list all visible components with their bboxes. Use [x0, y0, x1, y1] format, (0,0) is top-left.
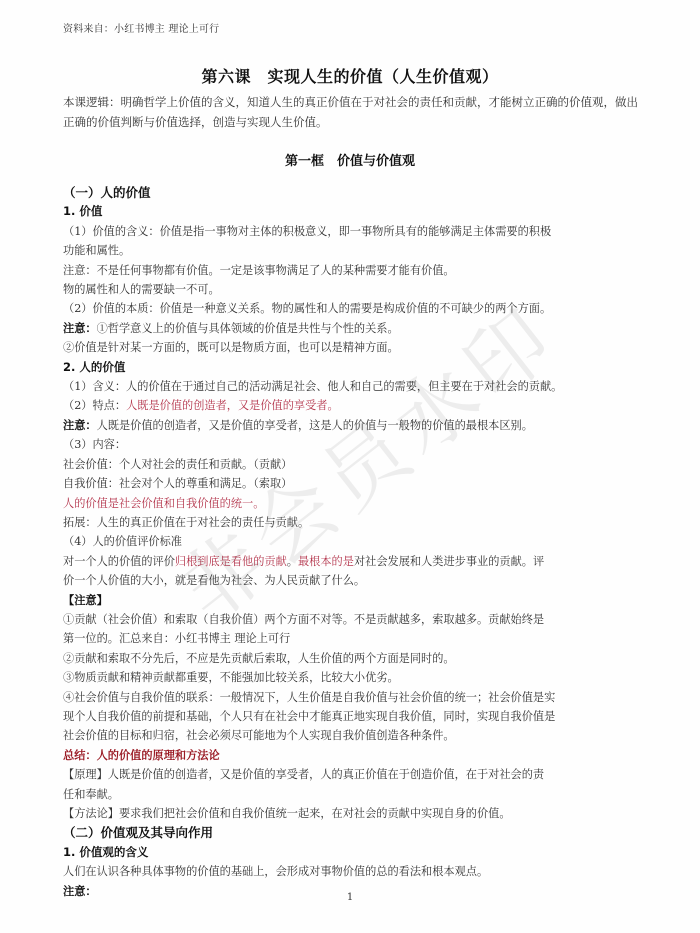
text-line: ①贡献（社会价值）和索取（自我价值）两个方面不对等。不是贡献越多，索取越多。贡献…: [63, 610, 643, 629]
text-segment: （3）内容：: [63, 438, 126, 451]
text-segment: （1）价值的含义：价值是指一事物对主体的积极意义，即一事物所具有的能够满足主体需…: [63, 225, 551, 238]
text-segment: ③物质贡献和精神贡献都重要，不能强加比较关系，比较大小优劣。: [63, 671, 399, 684]
text-segment: ①贡献（社会价值）和索取（自我价值）两个方面不对等。不是贡献越多，索取越多。贡献…: [63, 613, 544, 626]
text-segment: ④社会价值与自我价值的联系：一般情况下，人生价值是自我价值与社会价值的统一；社会…: [63, 691, 555, 704]
text-segment: 1. 价值观的含义: [63, 845, 148, 859]
red-text: 最根本的是: [298, 555, 354, 568]
lesson-title: 第六课 实现人生的价值（人生价值观）: [0, 64, 700, 87]
redbold-text: 总结：人的价值的原理和方法论: [63, 749, 220, 762]
text-line: 物的属性和人的需要缺一不可。: [63, 280, 643, 299]
text-line: （2）特点：人既是价值的创造者，又是价值的享受者。: [63, 396, 643, 415]
text-segment: 对社会发展和人类进步事业的贡献。评: [354, 555, 544, 568]
document-page: 资料来自：小红书博主 理论上可行 第六课 实现人生的价值（人生价值观） 本课逻辑…: [0, 0, 700, 933]
section-heading: 2. 人的价值: [63, 358, 643, 377]
bold-text: 注意：: [63, 322, 97, 335]
red-text: 人的价值是社会价值和自我价值的统一。: [63, 497, 264, 510]
text-line: （3）内容：: [63, 435, 643, 454]
text-line: 社会价值：个人对社会的责任和贡献。（贡献）: [63, 455, 643, 474]
bold-text: 注意：: [63, 419, 97, 432]
lesson-logic: 本课逻辑：明确哲学上价值的含义，知道人生的真正价值在于对社会的责任和贡献，才能树…: [63, 92, 643, 132]
bold-text: 【注意】: [63, 594, 108, 607]
text-segment: 第一位的。汇总来自：小红书博主 理论上可行: [63, 632, 290, 645]
text-line: 【方法论】要求我们把社会价值和自我价值统一起来，在对社会的贡献中实现自身的价值。: [63, 804, 643, 823]
text-segment: 1. 价值: [63, 204, 102, 218]
text-line: 人们在认识各种具体事物的价值的基础上，会形成对事物价值的总的看法和根本观点。: [63, 862, 643, 881]
text-line: （1）含义：人的价值在于通过自己的活动满足社会、他人和自己的需要，但主要在于对社…: [63, 377, 643, 396]
text-segment: 人们在认识各种具体事物的价值的基础上，会形成对事物价值的总的看法和根本观点。: [63, 865, 488, 878]
section-heading: 1. 价值观的含义: [63, 843, 643, 862]
page-number: 1: [0, 892, 700, 903]
text-segment: 【原理】人既是价值的创造者，又是价值的享受者，人的真正价值在于创造价值，在于对社…: [63, 768, 544, 781]
text-segment: 人既是价值的创造者，又是价值的享受者，这是人的价值与一般物的价值的最根本区别。: [97, 419, 533, 432]
text-line: 现个人自我价值的前提和基础，个人只有在社会中才能真正地实现自我价值，同时，实现自…: [63, 707, 643, 726]
text-line: 人的价值是社会价值和自我价值的统一。: [63, 494, 643, 513]
text-line: 对一个人的价值的评价归根到底是看他的贡献。最根本的是对社会发展和人类进步事业的贡…: [63, 552, 643, 571]
section-subtitle: 第一框 价值与价值观: [0, 150, 700, 169]
text-segment: 任和奉献。: [63, 788, 119, 801]
text-segment: （1）含义：人的价值在于通过自己的活动满足社会、他人和自己的需要，但主要在于对社…: [63, 380, 562, 393]
text-segment: （一）人的价值: [63, 185, 151, 200]
text-line: 任和奉献。: [63, 785, 643, 804]
text-segment: ②价值是针对某一方面的，既可以是物质方面，也可以是精神方面。: [63, 341, 399, 354]
text-line: 总结：人的价值的原理和方法论: [63, 746, 643, 765]
text-line: 价一个人价值的大小，就是看他为社会、为人民贡献了什么。: [63, 571, 643, 590]
text-segment: ②贡献和索取不分先后，不应是先贡献后索取，人生价值的两个方面是同时的。: [63, 652, 455, 665]
text-segment: （2）特点：: [63, 399, 126, 412]
text-segment: 社会价值的目标和归宿，社会必须尽可能地为个人实现自我价值创造各种条件。: [63, 729, 455, 742]
text-line: ③物质贡献和精神贡献都重要，不能强加比较关系，比较大小优劣。: [63, 668, 643, 687]
text-segment: 拓展：人生的真正价值在于对社会的责任与贡献。: [63, 516, 309, 529]
text-line: 第一位的。汇总来自：小红书博主 理论上可行: [63, 629, 643, 648]
text-line: ②价值是针对某一方面的，既可以是物质方面，也可以是精神方面。: [63, 338, 643, 357]
text-line: 社会价值的目标和归宿，社会必须尽可能地为个人实现自我价值创造各种条件。: [63, 726, 643, 745]
text-line: 拓展：人生的真正价值在于对社会的责任与贡献。: [63, 513, 643, 532]
text-segment: 注意：不是任何事物都有价值。一定是该事物满足了人的某种需要才能有价值。: [63, 264, 455, 277]
text-segment: 2. 人的价值: [63, 360, 125, 374]
text-segment: （4）人的价值评价标准: [63, 535, 182, 548]
text-line: （2）价值的本质：价值是一种意义关系。物的属性和人的需要是构成价值的不可缺少的两…: [63, 299, 643, 318]
text-line: ④社会价值与自我价值的联系：一般情况下，人生价值是自我价值与社会价值的统一；社会…: [63, 688, 643, 707]
text-segment: （二）价值观及其导向作用: [63, 825, 213, 840]
text-segment: 。: [287, 555, 298, 568]
section-heading: （二）价值观及其导向作用: [63, 823, 643, 842]
source-note: 资料来自：小红书博主 理论上可行: [63, 20, 219, 35]
text-segment: 功能和属性。: [63, 244, 130, 257]
text-line: （4）人的价值评价标准: [63, 532, 643, 551]
text-segment: 价一个人价值的大小，就是看他为社会、为人民贡献了什么。: [63, 574, 365, 587]
red-text: 归根到底是看他的贡献: [175, 555, 287, 568]
text-line: 【注意】: [63, 591, 643, 610]
text-line: ②贡献和索取不分先后，不应是先贡献后索取，人生价值的两个方面是同时的。: [63, 649, 643, 668]
text-line: 注意：①哲学意义上的价值与具体领域的价值是共性与个性的关系。: [63, 319, 643, 338]
text-line: （1）价值的含义：价值是指一事物对主体的积极意义，即一事物所具有的能够满足主体需…: [63, 222, 643, 241]
text-segment: （2）价值的本质：价值是一种意义关系。物的属性和人的需要是构成价值的不可缺少的两…: [63, 302, 551, 315]
text-segment: 现个人自我价值的前提和基础，个人只有在社会中才能真正地实现自我价值，同时，实现自…: [63, 710, 555, 723]
text-segment: 自我价值：社会对个人的尊重和满足。（索取）: [63, 477, 292, 490]
text-line: 【原理】人既是价值的创造者，又是价值的享受者，人的真正价值在于创造价值，在于对社…: [63, 765, 643, 784]
text-line: 注意：不是任何事物都有价值。一定是该事物满足了人的某种需要才能有价值。: [63, 261, 643, 280]
text-segment: ①哲学意义上的价值与具体领域的价值是共性与个性的关系。: [97, 322, 399, 335]
red-text: 人既是价值的创造者，又是价值的享受者。: [126, 399, 339, 412]
text-segment: 社会价值：个人对社会的责任和贡献。（贡献）: [63, 458, 292, 471]
document-body: （一）人的价值1. 价值（1）价值的含义：价值是指一事物对主体的积极意义，即一事…: [63, 183, 643, 901]
text-segment: 【方法论】要求我们把社会价值和自我价值统一起来，在对社会的贡献中实现自身的价值。: [63, 807, 511, 820]
text-line: 功能和属性。: [63, 241, 643, 260]
text-segment: 对一个人的价值的评价: [63, 555, 175, 568]
section-heading: 1. 价值: [63, 202, 643, 221]
text-segment: 物的属性和人的需要缺一不可。: [63, 283, 220, 296]
text-line: 自我价值：社会对个人的尊重和满足。（索取）: [63, 474, 643, 493]
text-line: 注意：人既是价值的创造者，又是价值的享受者，这是人的价值与一般物的价值的最根本区…: [63, 416, 643, 435]
section-heading: （一）人的价值: [63, 183, 643, 202]
